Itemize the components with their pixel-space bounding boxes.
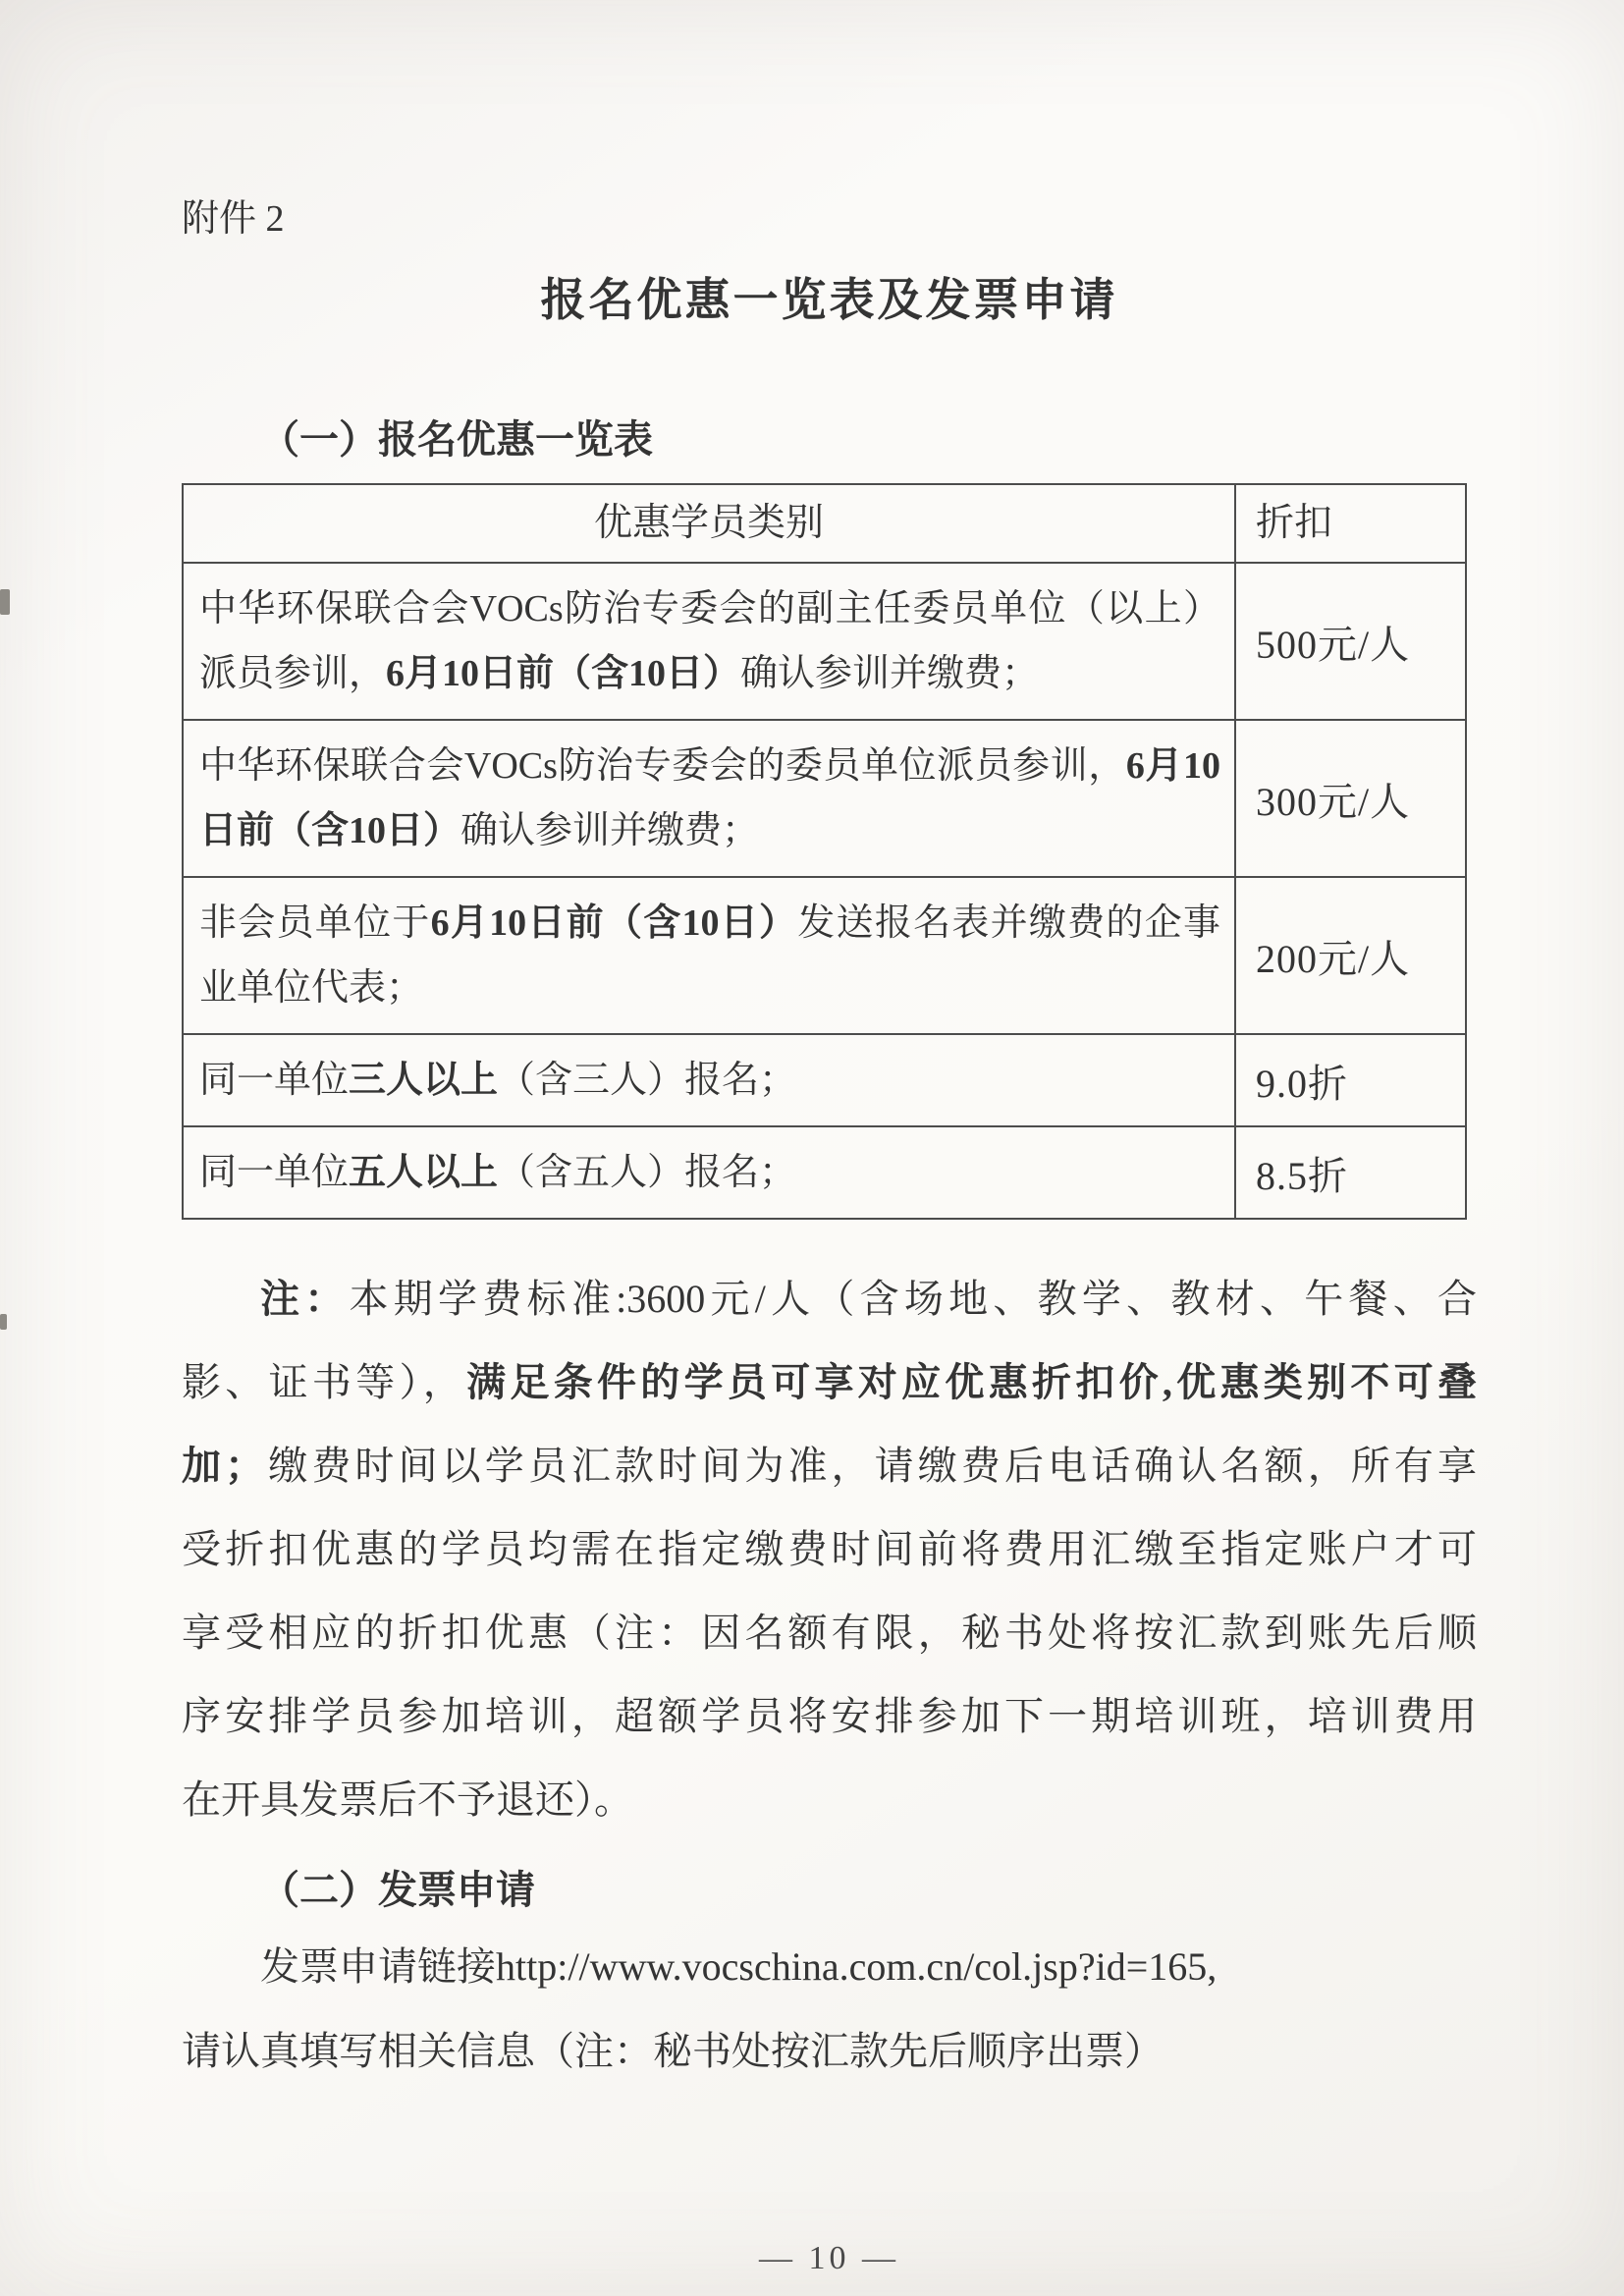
- note-line: 在开具发票后不予退还）。: [182, 1758, 1477, 1841]
- category-cell: 同一单位五人以上（含五人）报名；: [183, 1126, 1235, 1219]
- scan-artifact: [0, 1314, 7, 1330]
- bold-text-segment: 五人以上: [349, 1152, 498, 1193]
- table-header-row: 优惠学员类别 折扣: [183, 484, 1466, 563]
- text-segment: 同一单位: [199, 1152, 349, 1193]
- text-segment: 确认参训并缴费；: [740, 653, 1039, 694]
- note-paragraph: 注：本期学费标准:3600元/人（含场地、教学、教材、午餐、合影、证书等），满足…: [182, 1257, 1477, 1841]
- document-page: 附件 2 报名优惠一览表及发票申请 （一）报名优惠一览表 优惠学员类别 折扣 中…: [0, 0, 1624, 2296]
- text-segment: 享受相应的折扣优惠（注：因名额有限，秘书处将按汇款到账先后顺: [182, 1611, 1477, 1655]
- bold-text-segment: 6月10日前（含10日）: [431, 902, 798, 944]
- table-row: 同一单位三人以上（含三人）报名；9.0折: [183, 1034, 1466, 1126]
- note-line: 加；缴费时间以学员汇款时间为准，请缴费后电话确认名额，所有享: [182, 1424, 1477, 1507]
- text-segment: 影、证书等），: [182, 1360, 466, 1404]
- discount-cell: 8.5折: [1235, 1126, 1466, 1219]
- text-segment: （含五人）报名；: [498, 1152, 796, 1193]
- bold-text-segment: 加；: [182, 1444, 264, 1488]
- bold-text-segment: 6月10日前（含10日）: [386, 653, 740, 694]
- category-cell: 中华环保联合会VOCs防治专委会的委员单位派员参训，6月10日前（含10日）确认…: [183, 720, 1235, 877]
- table-row: 同一单位五人以上（含五人）报名；8.5折: [183, 1126, 1466, 1219]
- bold-text-segment: 满足条件的学员可享对应优惠折扣价,优惠类别不可叠: [466, 1360, 1477, 1404]
- text-segment: 缴费时间以学员汇款时间为准，请缴费后电话确认名额，所有享: [264, 1444, 1477, 1488]
- text-segment: 非会员单位于: [199, 902, 431, 944]
- section-heading-invoice: （二）发票申请: [182, 1867, 1477, 1914]
- table-row: 中华环保联合会VOCs防治专委会的副主任委员单位（以上）派员参训，6月10日前（…: [183, 563, 1466, 720]
- discount-cell: 200元/人: [1235, 877, 1466, 1034]
- note-line: 影、证书等），满足条件的学员可享对应优惠折扣价,优惠类别不可叠: [182, 1340, 1477, 1424]
- text-segment: 本期学费标准:3600元/人（含场地、教学、教材、午餐、合: [350, 1277, 1477, 1321]
- page-number: — 10 —: [182, 2240, 1477, 2277]
- category-cell: 中华环保联合会VOCs防治专委会的副主任委员单位（以上）派员参训，6月10日前（…: [183, 563, 1235, 720]
- section-heading-discount-table: （一）报名优惠一览表: [182, 416, 1477, 464]
- note-line: 享受相应的折扣优惠（注：因名额有限，秘书处将按汇款到账先后顺: [182, 1591, 1477, 1674]
- note-line: 受折扣优惠的学员均需在指定缴费时间前将费用汇缴至指定账户才可: [182, 1507, 1477, 1591]
- table-row: 中华环保联合会VOCs防治专委会的委员单位派员参训，6月10日前（含10日）确认…: [183, 720, 1466, 877]
- invoice-note-line: 请认真填写相关信息（注：秘书处按汇款先后顺序出票）: [182, 2028, 1477, 2075]
- text-segment: 受折扣优惠的学员均需在指定缴费时间前将费用汇缴至指定账户才可: [182, 1527, 1477, 1571]
- table-header-discount: 折扣: [1235, 484, 1466, 563]
- discount-cell: 300元/人: [1235, 720, 1466, 877]
- note-line: 序安排学员参加培训，超额学员将安排参加下一期培训班，培训费用: [182, 1674, 1477, 1758]
- text-segment: 序安排学员参加培训，超额学员将安排参加下一期培训班，培训费用: [182, 1694, 1477, 1738]
- bold-text-segment: 注：: [260, 1277, 350, 1321]
- note-line: 注：本期学费标准:3600元/人（含场地、教学、教材、午餐、合: [182, 1257, 1477, 1340]
- document-title: 报名优惠一览表及发票申请: [182, 273, 1477, 328]
- text-segment: 在开具发票后不予退还）。: [182, 1777, 633, 1822]
- text-segment: （含三人）报名；: [498, 1060, 796, 1101]
- table-row: 非会员单位于6月10日前（含10日）发送报名表并缴费的企事业单位代表；200元/…: [183, 877, 1466, 1034]
- invoice-link-line: 发票申请链接http://www.vocschina.com.cn/col.js…: [182, 1943, 1477, 1991]
- scan-artifact: [0, 589, 10, 615]
- text-segment: 同一单位: [199, 1060, 349, 1101]
- bold-text-segment: 三人以上: [349, 1060, 498, 1101]
- table-header-category: 优惠学员类别: [183, 484, 1235, 563]
- discount-cell: 9.0折: [1235, 1034, 1466, 1126]
- attachment-label: 附件 2: [182, 196, 1477, 242]
- category-cell: 同一单位三人以上（含三人）报名；: [183, 1034, 1235, 1126]
- category-cell: 非会员单位于6月10日前（含10日）发送报名表并缴费的企事业单位代表；: [183, 877, 1235, 1034]
- text-segment: 确认参训并缴费；: [460, 810, 759, 851]
- discount-cell: 500元/人: [1235, 563, 1466, 720]
- discount-table: 优惠学员类别 折扣 中华环保联合会VOCs防治专委会的副主任委员单位（以上）派员…: [182, 483, 1467, 1220]
- text-segment: 中华环保联合会VOCs防治专委会的委员单位派员参训，: [199, 745, 1126, 787]
